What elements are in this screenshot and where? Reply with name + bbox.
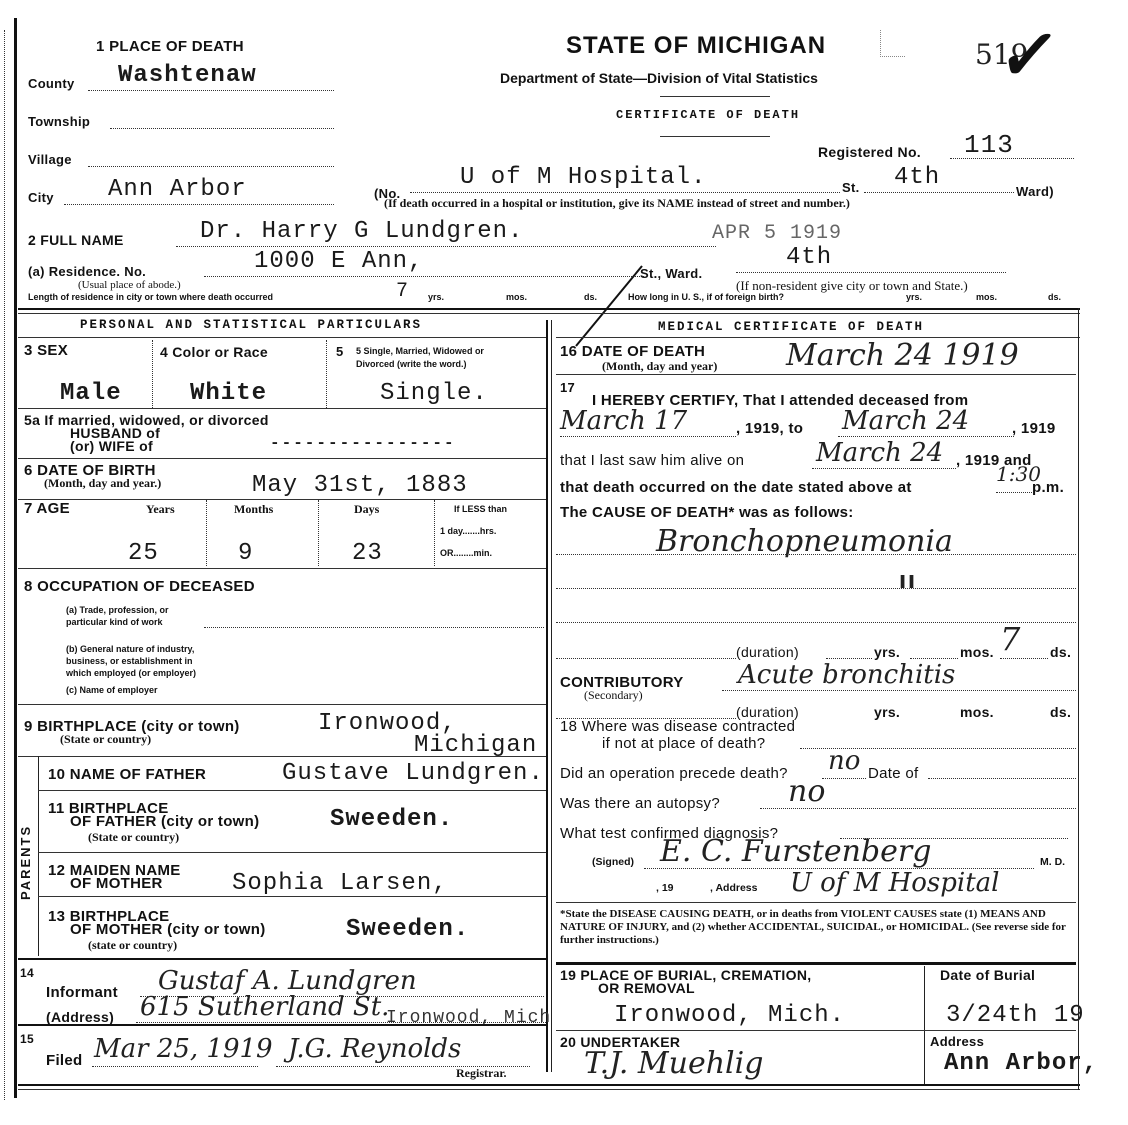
informant-num: 14 [20, 966, 34, 980]
dob-sublabel: (Month, day and year.) [44, 476, 161, 491]
father-bp-label-2: OF FATHER (city or town) [70, 813, 259, 830]
marital-label-2: Divorced (write the word.) [356, 359, 467, 369]
township-label: Township [28, 114, 90, 129]
informant-address-field[interactable]: 615 Sutherland St. Ironwood, Mich [136, 1000, 546, 1023]
personal-section-heading: PERSONAL AND STATISTICAL PARTICULARS [80, 318, 422, 332]
state-title: STATE OF MICHIGAN [566, 32, 826, 60]
divider [924, 966, 925, 1084]
duration-label: (duration) [736, 644, 799, 660]
full-name-value: Dr. Harry G Lundgren. [200, 218, 523, 245]
dur-yrs-label-2: yrs. [874, 704, 900, 720]
yrs-label: yrs. [428, 292, 444, 302]
divider [556, 374, 1076, 375]
marital-value[interactable]: Single. [380, 380, 488, 407]
duration-days-field[interactable]: 7 [1000, 636, 1048, 659]
us-ds-label: ds. [1048, 292, 1061, 302]
physician-address-value[interactable]: U of M Hospital [790, 868, 1000, 898]
mother-bp-value[interactable]: Sweeden. [346, 916, 469, 943]
occ-b-label-3: which employed (or employer) [66, 668, 196, 678]
mother-label-2: OF MOTHER [70, 875, 163, 892]
filed-date-value: Mar 25, 1919 [94, 1034, 273, 1064]
filed-label: Filed [46, 1052, 83, 1069]
signed-label: (Signed) [592, 856, 634, 868]
time-field[interactable]: 1:30 [996, 470, 1032, 493]
section-divider [18, 313, 1080, 314]
age-months-value[interactable]: 9 [238, 540, 253, 567]
length-of-residence-label: Length of residence in city or town wher… [28, 292, 273, 302]
certificate-title: CERTIFICATE OF DEATH [616, 108, 800, 122]
age-years-value[interactable]: 25 [128, 540, 159, 567]
cause-field-2[interactable]: " [556, 562, 1076, 589]
filed-num: 15 [20, 1032, 34, 1046]
divider [38, 790, 546, 791]
contracted-label-2: if not at place of death? [602, 735, 765, 752]
father-label: 10 NAME OF FATHER [48, 766, 206, 783]
contracted-label-1: 18 Where was disease contracted [560, 718, 795, 735]
us-yrs-label: yrs. [906, 292, 922, 302]
divider [18, 337, 546, 338]
operation-field[interactable]: no [822, 754, 866, 779]
place-of-death-heading: 1 PLACE OF DEATH [96, 38, 244, 55]
informant-label: Informant [46, 984, 118, 1001]
duration-yrs-field[interactable] [826, 648, 872, 659]
divider [18, 1024, 546, 1026]
residence-ward-value: 4th [786, 244, 832, 271]
dod-label: 16 DATE OF DEATH [560, 343, 705, 360]
section-divider [18, 308, 1080, 310]
registered-no-field[interactable]: 113 [950, 130, 1074, 159]
registrar-signature: J.G. Reynolds [288, 1034, 461, 1064]
st-label: St. [842, 180, 860, 195]
divider [326, 340, 327, 408]
institution-note: (If death occurred in a hospital or inst… [384, 196, 850, 211]
months-label: Months [234, 502, 273, 517]
institution-value: U of M Hospital. [460, 164, 706, 191]
ward-value: 4th [894, 164, 940, 191]
footnote: *State the DISEASE CAUSING DEATH, or in … [560, 908, 1076, 947]
divider [38, 896, 546, 897]
dur-days-value: 7 [1000, 620, 1020, 658]
dod-value[interactable]: March 24 1919 [786, 338, 1019, 373]
signature-field[interactable]: E. C. Furstenberg [644, 844, 1034, 869]
received-date-stamp: APR 5 1919 [712, 222, 842, 245]
occ-a-field[interactable] [204, 617, 544, 628]
time-suffix: p.m. [1032, 479, 1064, 496]
cause-field-3[interactable] [556, 596, 1076, 623]
cause-value: Bronchopneumonia [656, 524, 953, 559]
undertaker-address-label: Address [930, 1034, 984, 1049]
occ-b-label-2: business, or establishment in [66, 656, 193, 666]
race-label: 4 Color or Race [160, 344, 268, 360]
marital-label-1: 5 Single, Married, Widowed or [356, 346, 484, 356]
divider [18, 408, 546, 409]
contributory-value: Acute bronchitis [738, 660, 955, 690]
registered-no-label: Registered No. [818, 144, 921, 160]
divider [18, 458, 546, 459]
occ-a-label-1: (a) Trade, profession, or [66, 605, 169, 615]
md-label: M. D. [1040, 856, 1065, 868]
mos-label: mos. [506, 292, 527, 302]
year-label: , 19 [656, 882, 674, 894]
divider [18, 958, 546, 960]
pen-stroke-mark [570, 262, 650, 352]
cert-num: 17 [560, 380, 575, 395]
divider [18, 568, 546, 569]
spouse-value[interactable]: ---------------- [270, 434, 456, 452]
parents-divider [38, 756, 39, 956]
divider [18, 756, 546, 757]
occ-c-label: (c) Name of employer [66, 685, 158, 695]
father-value[interactable]: Gustave Lundgren. [282, 760, 544, 787]
city-label: City [28, 190, 54, 205]
divider [660, 136, 770, 137]
length-of-residence-years: 7 [396, 280, 409, 303]
divider [18, 704, 546, 705]
operation-label: Did an operation precede death? [560, 765, 788, 782]
dob-value[interactable]: May 31st, 1883 [252, 472, 468, 499]
sex-value[interactable]: Male [60, 380, 122, 407]
divider [556, 962, 1076, 965]
date-of-label: Date of [868, 765, 918, 782]
attended-to-field[interactable]: March 24 [838, 410, 1014, 437]
residence-ward-field[interactable]: 4th [736, 248, 1006, 273]
left-border [14, 18, 17, 1098]
dotted-leader [556, 648, 736, 659]
divider [660, 96, 770, 97]
filed-date-field[interactable]: Mar 25, 1919 [92, 1044, 258, 1067]
residence-value: 1000 E Ann, [254, 248, 423, 275]
autopsy-field[interactable]: no [760, 784, 1076, 809]
dur-ds-label-2: ds. [1050, 704, 1071, 720]
dur-yrs-label: yrs. [874, 644, 900, 660]
column-divider [551, 320, 552, 1072]
autopsy-value: no [788, 774, 825, 809]
occ-a-label-2: particular kind of work [66, 617, 163, 627]
father-bp-label-3: (State or country) [88, 830, 179, 845]
last-saw-label: that I last saw him alive on [560, 452, 744, 469]
divider [318, 500, 319, 566]
age-label: 7 AGE [24, 500, 70, 517]
sex-label: 3 SEX [24, 342, 68, 359]
last-saw-value: March 24 [816, 438, 943, 468]
undertaker-address-value[interactable]: Ann Arbor, [944, 1050, 1098, 1077]
from-year: , 1919, to [736, 420, 803, 437]
registered-no-value: 113 [964, 130, 1014, 160]
age-days-value[interactable]: 23 [352, 540, 383, 567]
physician-address-label: , Address [710, 882, 757, 894]
check-mark-icon: ✓ [995, 20, 1063, 90]
dur-ds-label: ds. [1050, 644, 1071, 660]
contributory-field[interactable]: Acute bronchitis [722, 664, 1076, 691]
attended-to-value: March 24 [842, 406, 969, 436]
cause-label: The CAUSE OF DEATH* was as follows: [560, 504, 854, 521]
city-field[interactable]: Ann Arbor [64, 178, 334, 205]
occurred-label: that death occurred on the date stated a… [560, 479, 912, 496]
autopsy-label: Was there an autopsy? [560, 795, 720, 812]
address-label: (Address) [46, 1009, 114, 1025]
left-edge-perforation [4, 30, 5, 1100]
attended-from-field[interactable]: March 17 [560, 410, 736, 437]
father-bp-value[interactable]: Sweeden. [330, 806, 453, 833]
stamp-corner-mark [880, 30, 905, 57]
race-value[interactable]: White [190, 380, 267, 407]
less-than-label: If LESS than [454, 504, 507, 514]
or-min-label: OR........min. [440, 548, 492, 558]
divider [556, 1030, 1076, 1031]
residence-sublabel: (Usual place of abode.) [78, 279, 181, 291]
mother-value[interactable]: Sophia Larsen, [232, 870, 448, 897]
mother-bp-label-3: (state or country) [88, 938, 177, 953]
operation-value: no [828, 746, 860, 776]
department-title: Department of State—Division of Vital St… [500, 70, 818, 86]
occupation-label: 8 OCCUPATION OF DECEASED [24, 578, 255, 595]
ward-label: Ward) [1016, 184, 1054, 199]
burial-place-value[interactable]: Ironwood, Mich. [614, 1002, 845, 1029]
to-year: , 1919 [1012, 420, 1056, 437]
ward-field[interactable]: 4th [864, 168, 1014, 193]
village-field[interactable] [88, 142, 334, 167]
bottom-border [18, 1084, 1080, 1086]
informant-address-value: 615 Sutherland St. [140, 992, 389, 1022]
divider [556, 902, 1076, 903]
county-value: Washtenaw [118, 62, 257, 89]
dur-mos-label: mos. [960, 644, 994, 660]
last-saw-field[interactable]: March 24 [812, 444, 956, 469]
village-label: Village [28, 152, 72, 167]
county-field[interactable]: Washtenaw [88, 64, 334, 91]
right-border [1078, 308, 1079, 1090]
burial-place-label-2: OR REMOVAL [598, 980, 695, 996]
parents-label: PARENTS [18, 825, 33, 900]
birthplace-state-value[interactable]: Michigan [414, 732, 537, 759]
physician-signature: E. C. Furstenberg [660, 834, 931, 869]
registrar-field[interactable]: J.G. Reynolds [276, 1044, 530, 1067]
county-label: County [28, 76, 75, 91]
birthplace-sublabel: (State or country) [60, 732, 151, 747]
operation-date-field[interactable] [928, 768, 1076, 779]
years-label: Years [146, 502, 175, 517]
divider [18, 499, 546, 500]
residence-label: (a) Residence. No. [28, 264, 146, 279]
duration-mos-field[interactable] [910, 648, 958, 659]
burial-date-label: Date of Burial [940, 967, 1035, 983]
spouse-label-3: (or) WIFE of [70, 438, 153, 454]
column-divider [546, 320, 548, 1072]
institution-field[interactable]: U of M Hospital. [410, 168, 840, 193]
us-mos-label: mos. [976, 292, 997, 302]
undertaker-signature[interactable]: T.J. Muehlig [584, 1046, 763, 1081]
attended-from-value: March 17 [560, 406, 687, 436]
city-value: Ann Arbor [108, 176, 247, 203]
divider [206, 500, 207, 566]
divider [434, 500, 435, 566]
occ-b-label-1: (b) General nature of industry, [66, 644, 194, 654]
medical-section-heading: MEDICAL CERTIFICATE OF DEATH [658, 320, 924, 334]
days-label: Days [354, 502, 379, 517]
full-name-field[interactable]: Dr. Harry G Lundgren. [176, 218, 716, 247]
dur-mos-label-2: mos. [960, 704, 994, 720]
bottom-border [18, 1089, 1080, 1090]
registrar-label: Registrar. [456, 1066, 507, 1081]
how-long-in-us-label: How long in U. S., if of foreign birth? [628, 292, 784, 302]
burial-date-value[interactable]: 3/24th 19 [946, 1002, 1085, 1029]
divider [38, 852, 546, 853]
mother-bp-label-2: OF MOTHER (city or town) [70, 921, 266, 938]
township-field[interactable] [110, 104, 334, 129]
full-name-label: 2 FULL NAME [28, 232, 124, 248]
marital-label-num: 5 [336, 344, 344, 359]
cause-field-1[interactable]: Bronchopneumonia [556, 528, 1076, 555]
contributory-sublabel: (Secondary) [584, 688, 643, 703]
dod-sublabel: (Month, day and year) [602, 359, 717, 374]
day-hrs-label: 1 day.......hrs. [440, 526, 496, 536]
divider [152, 340, 153, 408]
